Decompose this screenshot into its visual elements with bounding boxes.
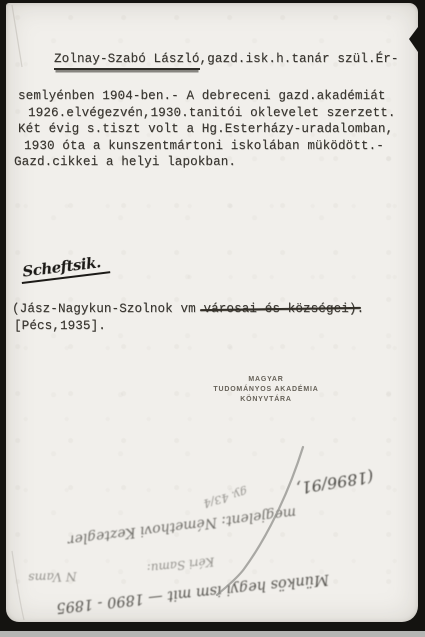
typed-line: 1930 óta a kunszentmártoni iskolában mük… xyxy=(24,138,396,155)
stamp-line: MAGYAR xyxy=(201,375,331,385)
typed-line: Két évig s.tiszt volt a Hg.Esterházy-ura… xyxy=(18,121,396,138)
typed-line: 1926.elvégezvén,1930.tanitói oklevelet s… xyxy=(28,105,396,122)
pencil-note-vams: N Vams xyxy=(15,569,90,587)
paper-crease-top-left xyxy=(12,5,22,67)
catalog-card: Zolnay-Szabó László,gazd.isk.h.tanár szü… xyxy=(6,3,418,622)
typed-line: Gazd.cikkei a helyi lapokban. xyxy=(14,154,396,171)
scan-edge-notch xyxy=(409,27,418,52)
card-heading: Zolnay-Szabó László,gazd.isk.h.tanár szü… xyxy=(54,52,399,66)
typed-paragraph: semlyénben 1904-ben.- A debreceni gazd.a… xyxy=(14,88,396,171)
struck-text: városai és községei) xyxy=(203,302,356,316)
handwritten-annotation: Scheftsik. xyxy=(19,252,109,284)
source-suffix: . xyxy=(357,302,365,316)
source-prefix: (Jász-Nagykun-Szolnok vm xyxy=(12,302,203,316)
person-name: Zolnay-Szabó László xyxy=(54,52,200,70)
scanner-edge-strip xyxy=(0,631,425,637)
library-stamp: MAGYAR TUDOMÁNYOS AKADÉMIA KÖNYVTÁRA xyxy=(201,375,331,404)
publication-line: [Pécs,1935]. xyxy=(14,319,106,333)
typed-line: semlyénben 1904-ben.- A debreceni gazd.a… xyxy=(18,88,396,105)
stamp-line: KÖNYVTÁRA xyxy=(201,395,331,405)
stamp-line: TUDOMÁNYOS AKADÉMIA xyxy=(201,385,331,395)
pencil-note-samu: Kéri Samu: xyxy=(128,553,234,578)
heading-rest: ,gazd.isk.h.tanár szül.Ér- xyxy=(200,52,399,66)
source-line: (Jász-Nagykun-Szolnok vm városai és közs… xyxy=(12,302,364,316)
scan-background: Zolnay-Szabó László,gazd.isk.h.tanár szü… xyxy=(0,0,425,637)
